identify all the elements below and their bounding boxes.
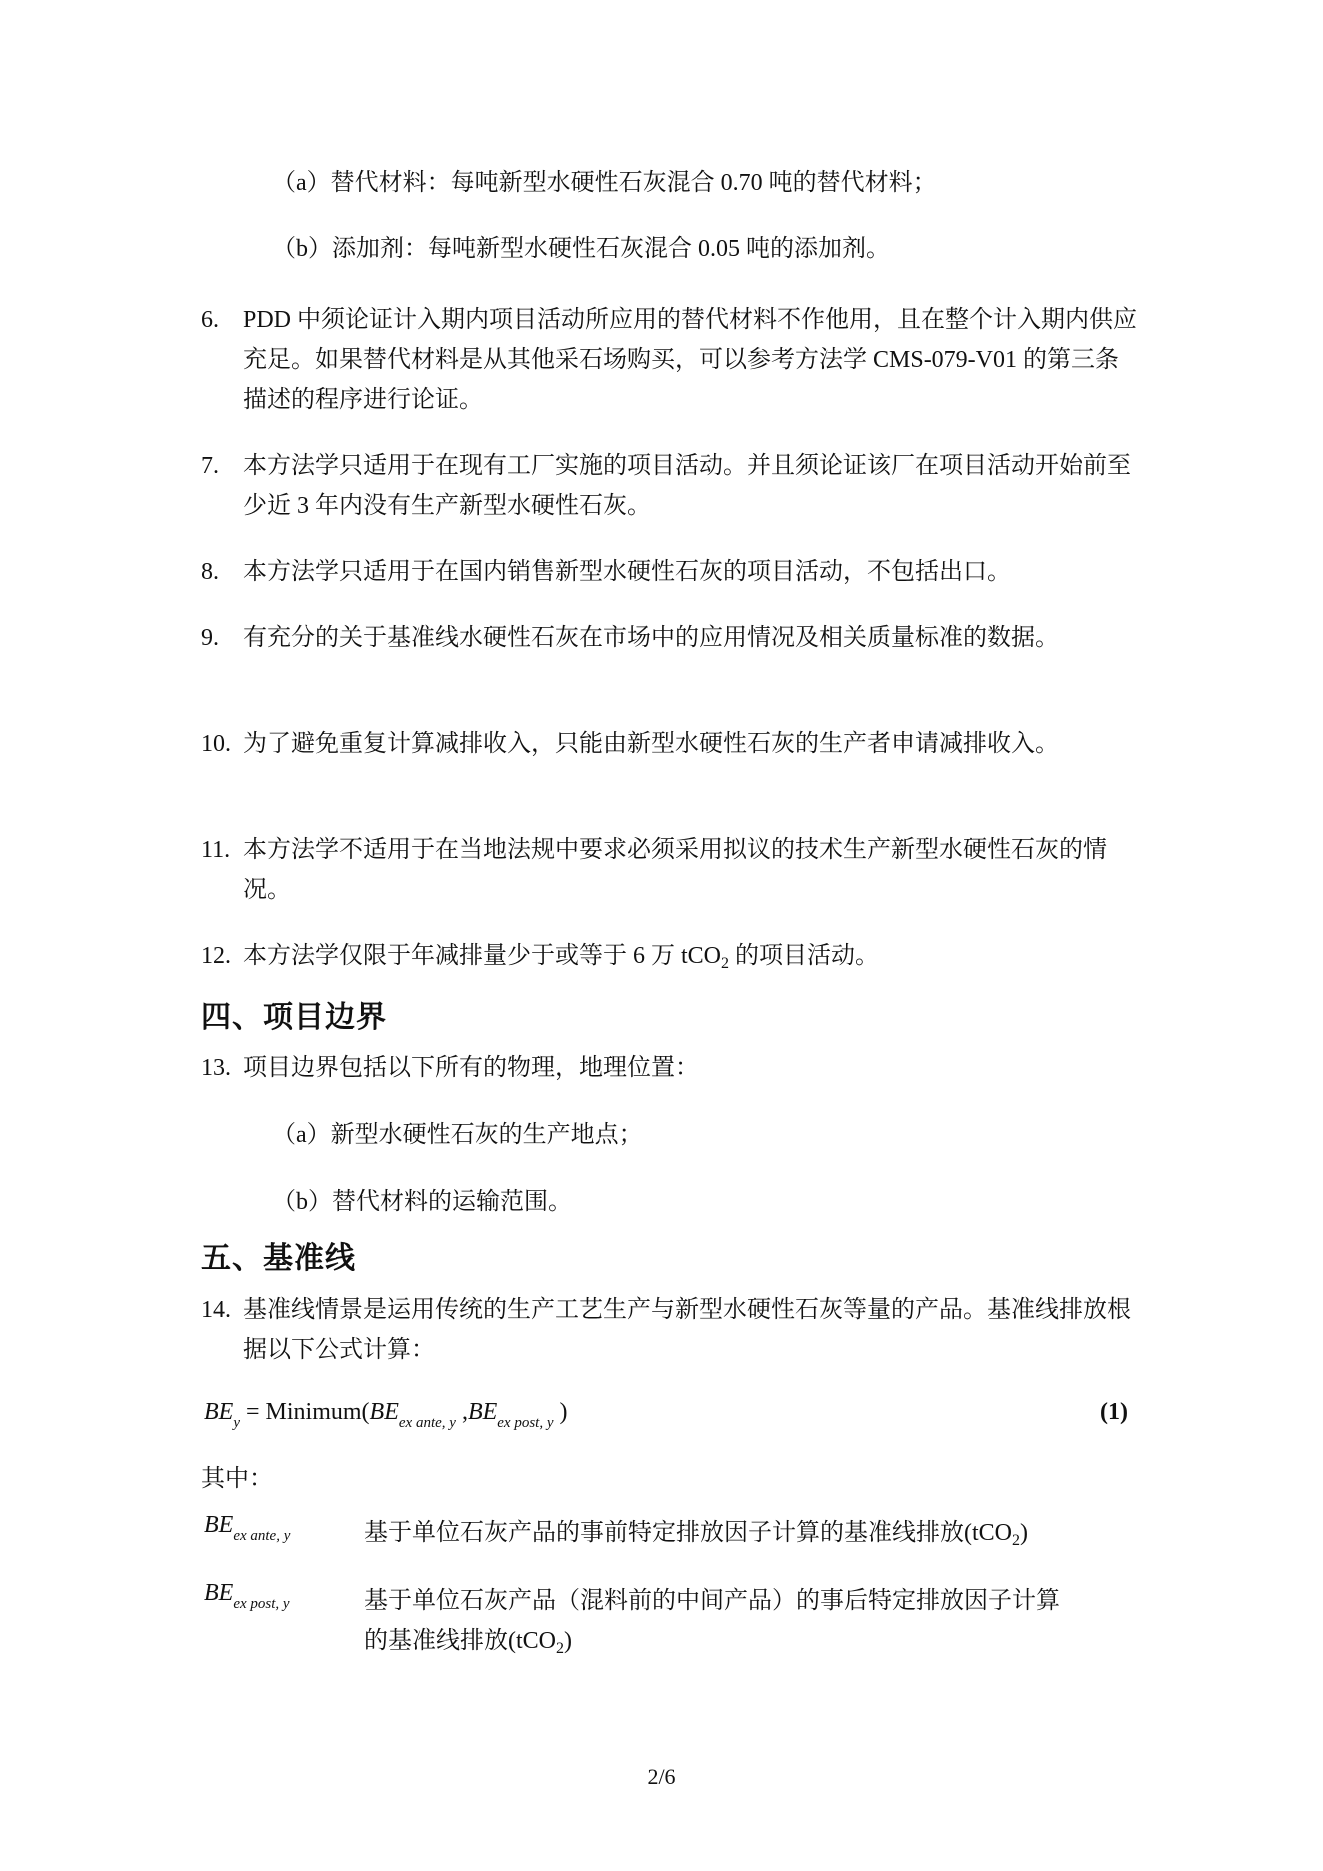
eq-comma: ,	[456, 1399, 468, 1425]
subitem-text: 替代材料的运输范围。	[332, 1189, 572, 1215]
section-heading-project-boundary: 四、项目边界	[201, 992, 387, 1036]
subitem-label: （b）	[272, 1189, 332, 1215]
item-number: 11.	[201, 830, 230, 870]
list-item-12: 12. 本方法学仅限于年减排量少于或等于 6 万 tCO2 的项目活动。	[201, 936, 1141, 976]
subitem-label: （a）	[272, 170, 331, 196]
equation-number: (1)	[1100, 1399, 1128, 1426]
list-item-13: 13. 项目边界包括以下所有的物理，地理位置：	[201, 1048, 1141, 1088]
item-text: 有充分的关于基准线水硬性石灰在市场中的应用情况及相关质量标准的数据。	[243, 618, 1141, 658]
eq-symbol: BE	[370, 1399, 399, 1425]
list-subitem-a: （a）替代材料：每吨新型水硬性石灰混合 0.70 吨的替代材料；	[272, 162, 937, 197]
definition-text-ex-post-line1: 基于单位石灰产品（混料前的中间产品）的事后特定排放因子计算	[364, 1580, 1060, 1615]
list-item-10: 10. 为了避免重复计算减排收入，只能由新型水硬性石灰的生产者申请减排收入。	[201, 724, 1141, 804]
eq-paren: )	[554, 1399, 568, 1425]
eq-subscript: y	[233, 1415, 240, 1431]
item-text: 本方法学不适用于在当地法规中要求必须采用拟议的技术生产新型水硬性石灰的情况。	[243, 830, 1141, 910]
item-number: 9.	[201, 618, 219, 658]
list-subitem-b: （b）替代材料的运输范围。	[272, 1181, 572, 1216]
item-number: 7.	[201, 446, 219, 486]
item-number: 13.	[201, 1048, 231, 1088]
item-text: 项目边界包括以下所有的物理，地理位置：	[243, 1048, 1141, 1088]
item-number: 6.	[201, 300, 219, 340]
section-heading-baseline: 五、基准线	[201, 1233, 356, 1277]
list-item-7: 7. 本方法学只适用于在现有工厂实施的项目活动。并且须论证该厂在项目活动开始前至…	[201, 446, 1141, 526]
list-subitem-a: （a）新型水硬性石灰的生产地点；	[272, 1114, 643, 1149]
item-text: 基准线情景是运用传统的生产工艺生产与新型水硬性石灰等量的产品。基准线排放根据以下…	[243, 1290, 1141, 1370]
def-symbol: BE	[204, 1580, 233, 1606]
subscript: 2	[556, 1640, 564, 1657]
item-number: 10.	[201, 724, 231, 764]
def-subscript: ex post, y	[233, 1596, 289, 1612]
subitem-label: （a）	[272, 1122, 331, 1148]
subitem-text: 新型水硬性石灰的生产地点；	[331, 1122, 643, 1148]
subscript: 2	[1012, 1532, 1020, 1549]
item-text: PDD 中须论证计入期内项目活动所应用的替代材料不作他用，且在整个计入期内供应充…	[243, 300, 1141, 420]
text-part: )	[564, 1628, 572, 1654]
equation-1: BEy = Minimum(BEex ante, y ,BEex post, y…	[204, 1399, 568, 1432]
page-number: 2/6	[0, 1764, 1323, 1790]
eq-symbol: BE	[468, 1399, 497, 1425]
subitem-text: 替代材料：每吨新型水硬性石灰混合 0.70 吨的替代材料；	[331, 170, 937, 196]
where-label: 其中：	[201, 1458, 273, 1493]
eq-symbol: BE	[204, 1399, 233, 1425]
list-item-11: 11. 本方法学不适用于在当地法规中要求必须采用拟议的技术生产新型水硬性石灰的情…	[201, 830, 1141, 910]
definition-symbol-ex-post: BEex post, y	[204, 1580, 290, 1613]
subitem-label: （b）	[272, 236, 332, 262]
eq-operator: = Minimum(	[240, 1399, 370, 1425]
list-item-9: 9. 有充分的关于基准线水硬性石灰在市场中的应用情况及相关质量标准的数据。	[201, 618, 1141, 698]
eq-subscript: ex post, y	[497, 1415, 553, 1431]
text-part: )	[1020, 1520, 1028, 1546]
list-item-8: 8. 本方法学只适用于在国内销售新型水硬性石灰的项目活动，不包括出口。	[201, 552, 1141, 592]
list-item-14: 14. 基准线情景是运用传统的生产工艺生产与新型水硬性石灰等量的产品。基准线排放…	[201, 1290, 1141, 1370]
item-number: 8.	[201, 552, 219, 592]
item-text: 本方法学只适用于在现有工厂实施的项目活动。并且须论证该厂在项目活动开始前至少近 …	[243, 446, 1141, 526]
eq-subscript: ex ante, y	[399, 1415, 456, 1431]
text-part: 本方法学仅限于年减排量少于或等于 6 万 tCO	[243, 943, 721, 969]
item-number: 14.	[201, 1290, 231, 1330]
definition-symbol-ex-ante: BEex ante, y	[204, 1512, 290, 1545]
item-text: 本方法学仅限于年减排量少于或等于 6 万 tCO2 的项目活动。	[243, 936, 1141, 984]
def-symbol: BE	[204, 1512, 233, 1538]
text-part: 基于单位石灰产品的事前特定排放因子计算的基准线排放(tCO	[364, 1520, 1012, 1546]
subitem-text: 添加剂：每吨新型水硬性石灰混合 0.05 吨的添加剂。	[332, 236, 890, 262]
list-subitem-b: （b）添加剂：每吨新型水硬性石灰混合 0.05 吨的添加剂。	[272, 228, 890, 263]
item-text: 本方法学只适用于在国内销售新型水硬性石灰的项目活动，不包括出口。	[243, 552, 1141, 592]
definition-text-ex-ante: 基于单位石灰产品的事前特定排放因子计算的基准线排放(tCO2)	[364, 1512, 1028, 1550]
item-text: 为了避免重复计算减排收入，只能由新型水硬性石灰的生产者申请减排收入。	[243, 724, 1141, 764]
text-part: 的项目活动。	[729, 943, 879, 969]
item-number: 12.	[201, 936, 231, 976]
subscript: 2	[721, 955, 729, 972]
text-part: 的基准线排放(tCO	[364, 1628, 556, 1654]
definition-text-ex-post-line2: 的基准线排放(tCO2)	[364, 1620, 572, 1658]
list-item-6: 6. PDD 中须论证计入期内项目活动所应用的替代材料不作他用，且在整个计入期内…	[201, 300, 1141, 420]
def-subscript: ex ante, y	[233, 1528, 290, 1544]
